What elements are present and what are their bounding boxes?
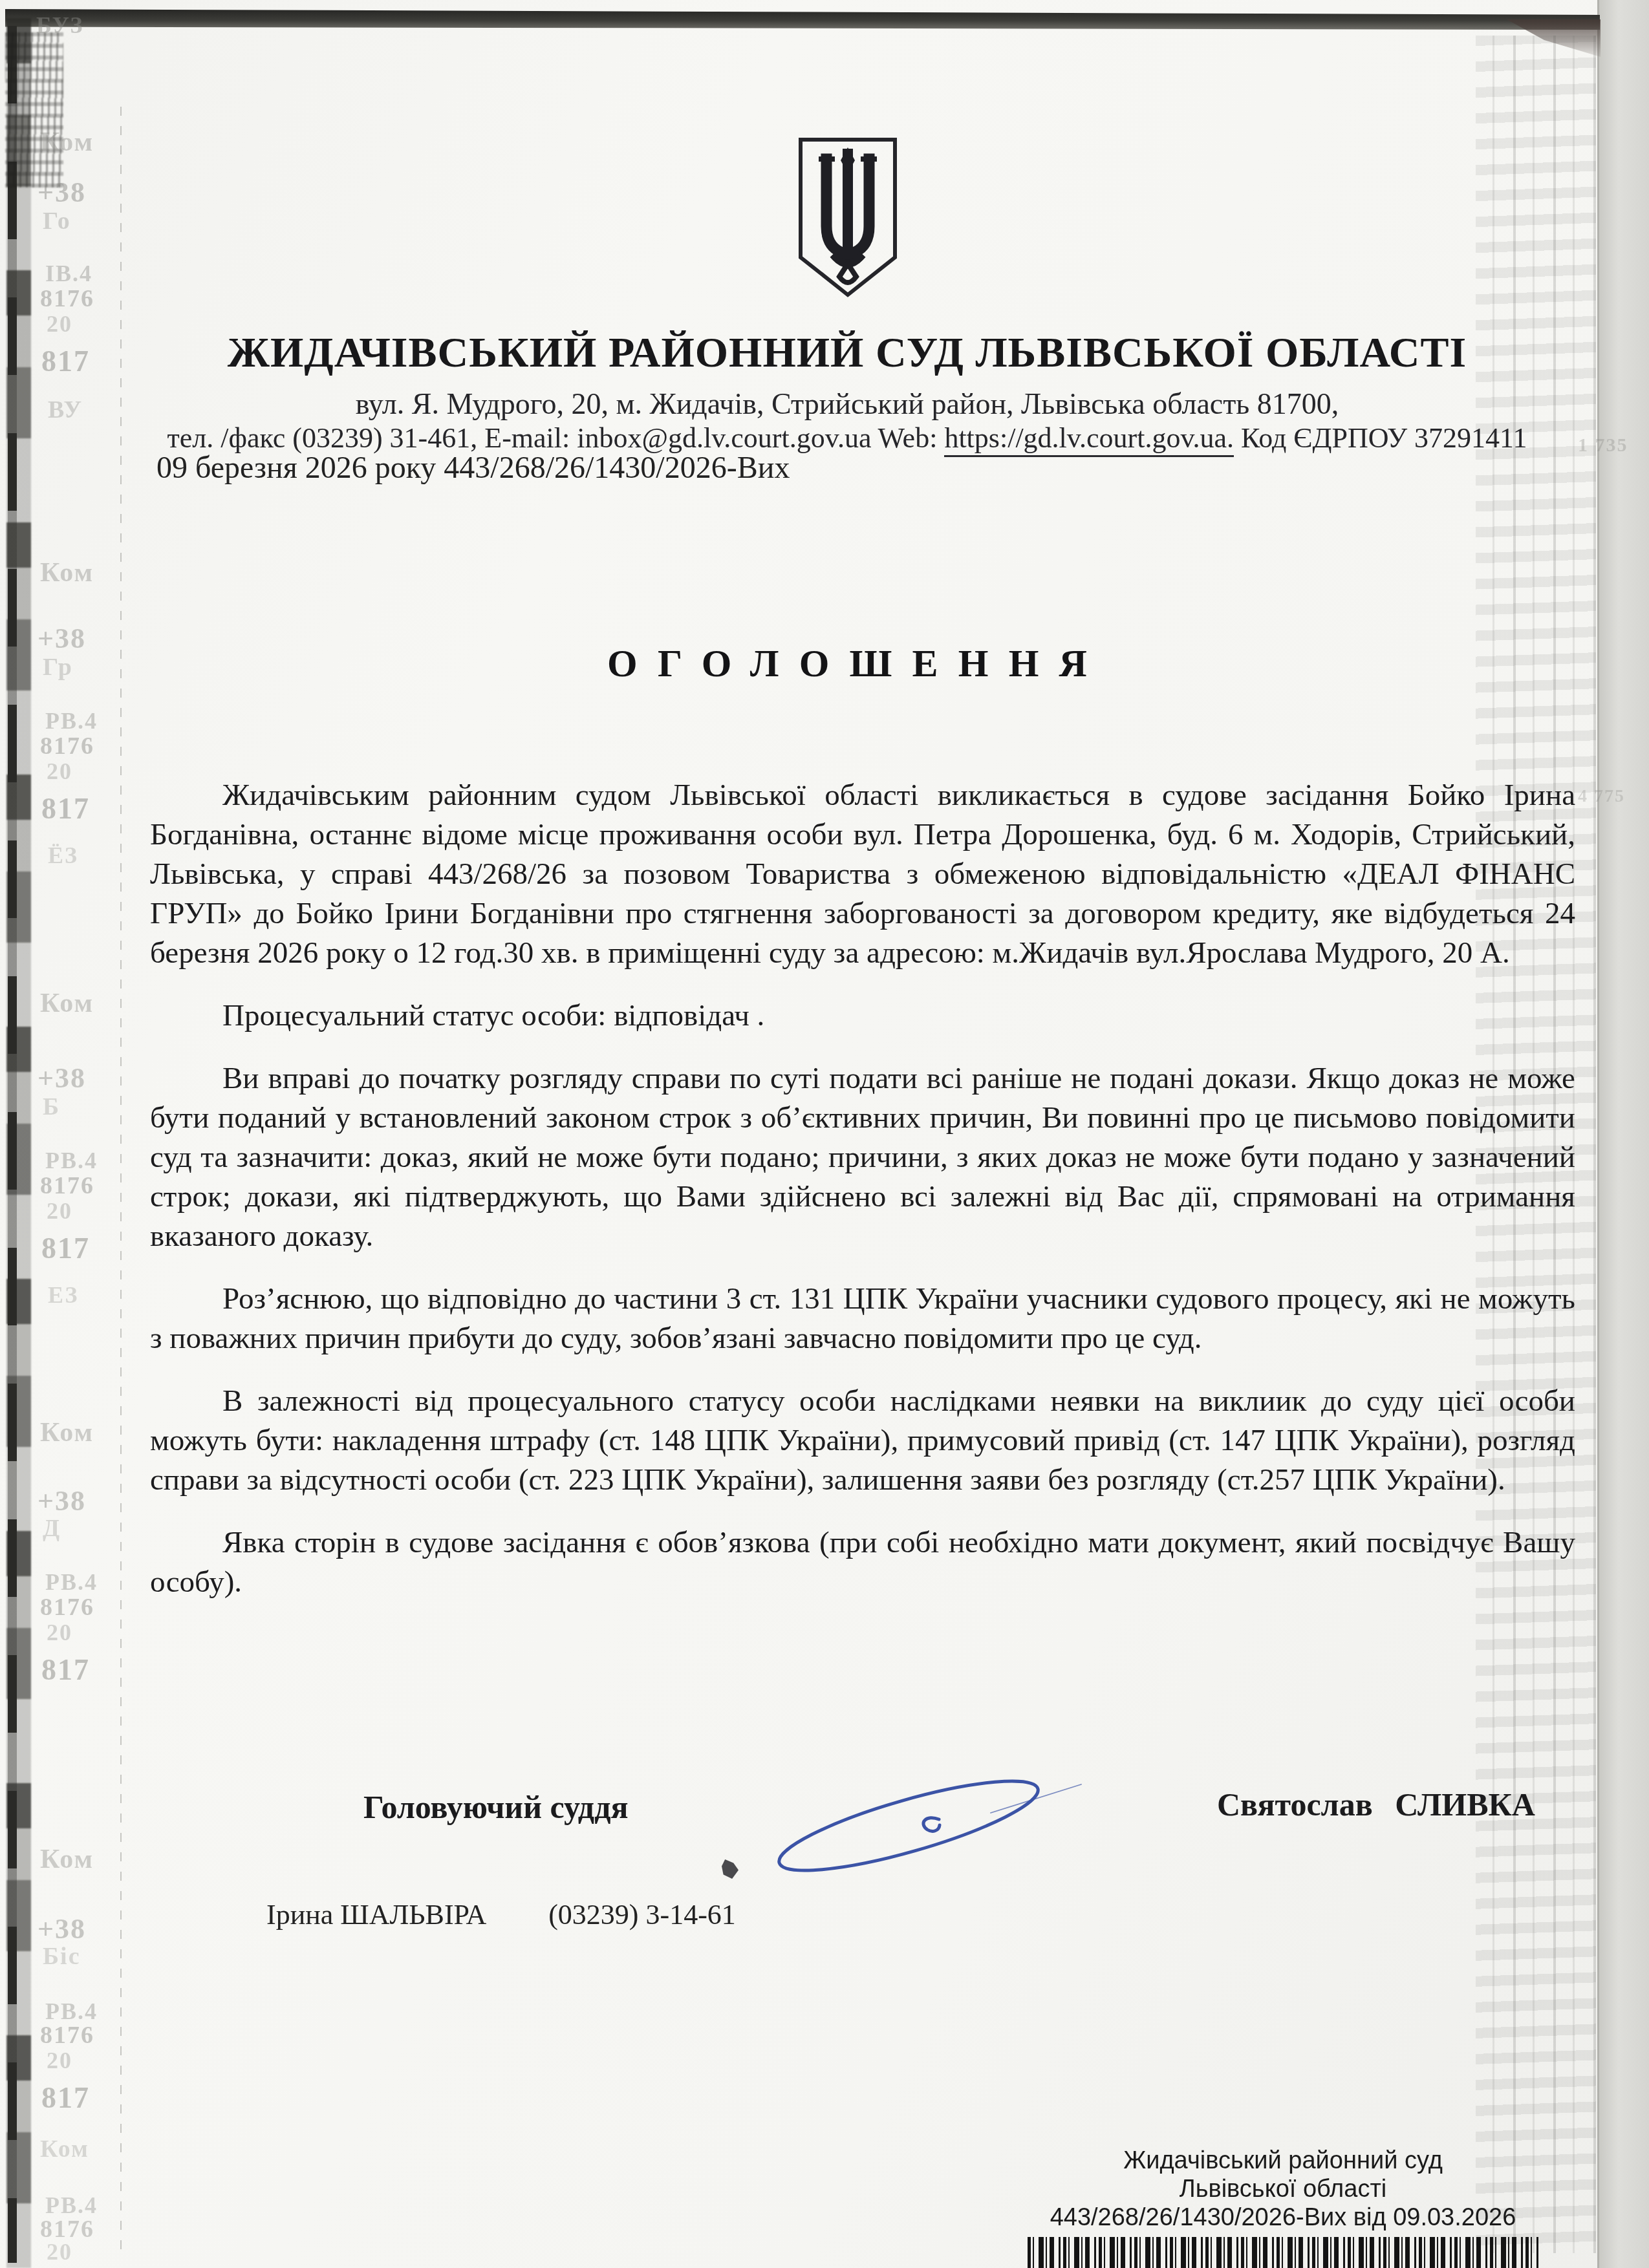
paragraph-summons: Жидачівським районним судом Львівської о… (150, 776, 1575, 973)
scan-corner-ink-marks (5, 32, 63, 187)
footer-court-region: Львівської області (1009, 2175, 1557, 2203)
court-website-url: https://gd.lv.court.gov.ua. (944, 422, 1234, 457)
court-name-heading: ЖИДАЧІВСЬКИЙ РАЙОННИЙ СУД ЛЬВІВСЬКОЇ ОБЛ… (149, 328, 1546, 378)
scan-left-edge-smudge-core (8, 26, 17, 2263)
document-body: Жидачівським районним судом Львівської о… (150, 776, 1575, 1625)
scanned-court-document: { "header": { "emblem": "ukraine-trident… (0, 0, 1649, 2268)
page-edge-shadow (1597, 0, 1599, 2268)
scanner-background-strip (1599, 0, 1649, 2268)
trident-emblem-icon (795, 137, 900, 302)
court-address: вул. Я. Мудрого, 20, м. Жидачів, Стрийсь… (149, 387, 1546, 421)
footer-stamp-block: Жидачівський районний суд Львівської обл… (1009, 2146, 1557, 2268)
document-title: ОГОЛОШЕННЯ (149, 641, 1546, 686)
barcode (1028, 2237, 1538, 2268)
registrar-line: Ірина ШАЛЬВІРА(03239) 3-14-61 (266, 1898, 736, 1931)
judge-name: Святослав СЛИВКА (1217, 1786, 1535, 1823)
footer-reference-number: 443/268/26/1430/2026-Вих від 09.03.2026 (1009, 2203, 1557, 2232)
paragraph-evidence-rights: Ви вправі до початку розгляду справи по … (150, 1059, 1575, 1256)
date-and-reference-number: 09 березня 2026 року 443/268/26/1430/202… (156, 450, 790, 486)
paragraph-procedural-status: Процесуальний статус особи: відповідач . (150, 996, 1575, 1036)
bleed-through-margin-line (120, 107, 122, 2260)
judge-role-label: Головуючий суддя (363, 1788, 629, 1826)
paragraph-article-131: Роз’яснюю, що відповідно до частини 3 ст… (150, 1279, 1575, 1358)
footer-court-name: Жидачівський районний суд (1009, 2146, 1557, 2175)
judge-signature-ink (763, 1766, 1086, 1886)
paragraph-attendance-mandatory: Явка сторін в судове засідання є обов’яз… (150, 1523, 1575, 1602)
registrar-phone: (03239) 3-14-61 (548, 1899, 736, 1931)
contact-suffix: Код ЄДРПОУ 37291411 (1234, 422, 1527, 454)
registrar-name: Ірина ШАЛЬВІРА (266, 1899, 486, 1931)
paragraph-absence-consequences: В залежності від процесуального статусу … (150, 1382, 1575, 1500)
contact-prefix: тел. /факс (03239) 31-461, E-mail: inbox… (167, 422, 945, 454)
